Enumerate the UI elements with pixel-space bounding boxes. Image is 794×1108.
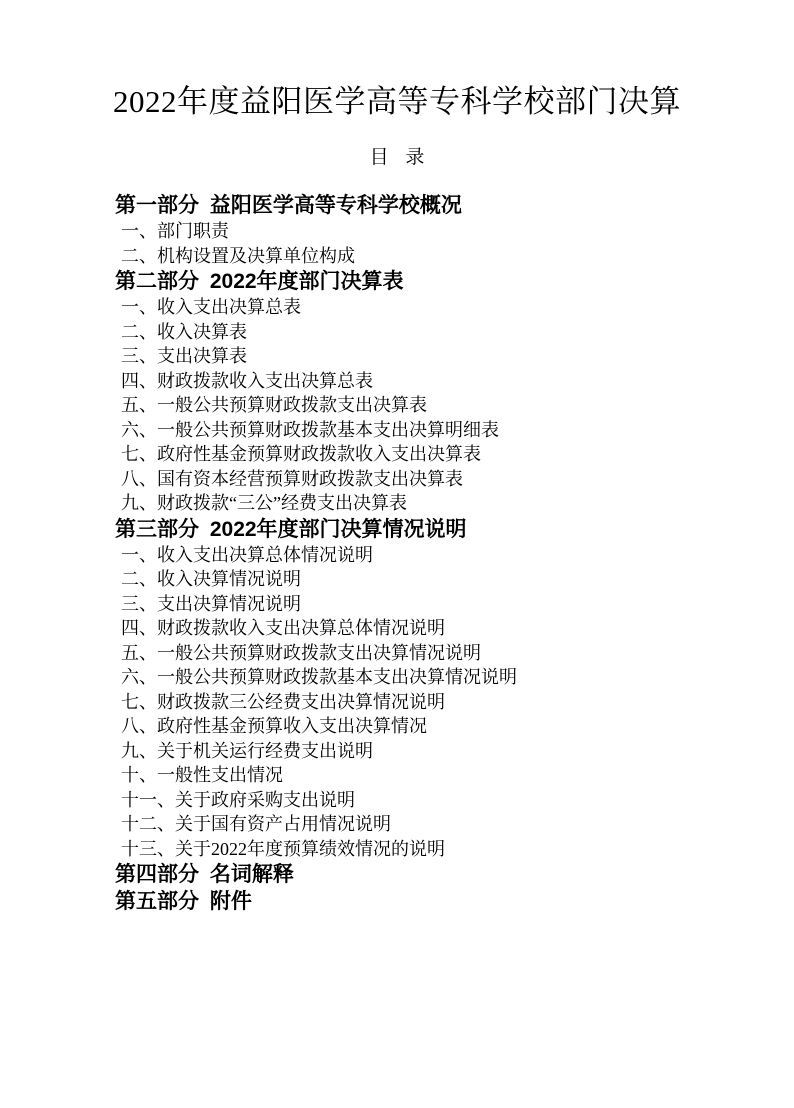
toc-item: 五、一般公共预算财政拨款支出决算情况说明	[121, 641, 794, 666]
toc-item: 九、关于机关运行经费支出说明	[121, 739, 794, 764]
toc-item: 一、部门职责	[121, 219, 794, 244]
toc-item: 十、一般性支出情况	[121, 763, 794, 788]
document-page: 2022年度益阳医学高等专科学校部门决算 目 录 第一部分 益阳医学高等专科学校…	[0, 0, 794, 1108]
toc-item: 六、一般公共预算财政拨款基本支出决算明细表	[121, 418, 794, 443]
toc-item: 五、一般公共预算财政拨款支出决算表	[121, 393, 794, 418]
toc-item: 八、国有资本经营预算财政拨款支出决算表	[121, 467, 794, 492]
toc-item: 三、支出决算表	[121, 344, 794, 369]
toc-section-heading-part2: 第二部分 2022年度部门决算表	[115, 268, 794, 295]
toc-section-heading-part3: 第三部分 2022年度部门决算情况说明	[115, 516, 794, 543]
toc-item: 七、财政拨款三公经费支出决算情况说明	[121, 690, 794, 715]
toc-item: 六、一般公共预算财政拨款基本支出决算情况说明	[121, 665, 794, 690]
toc-section-heading-part1: 第一部分 益阳医学高等专科学校概况	[115, 192, 794, 219]
toc-item: 十一、关于政府采购支出说明	[121, 788, 794, 813]
toc-heading: 目 录	[0, 146, 794, 170]
toc-item: 十二、关于国有资产占用情况说明	[121, 812, 794, 837]
toc-item: 一、收入支出决算总体情况说明	[121, 543, 794, 568]
toc-item: 二、收入决算表	[121, 320, 794, 345]
toc-item: 三、支出决算情况说明	[121, 592, 794, 617]
toc-item: 十三、关于2022年度预算绩效情况的说明	[121, 837, 794, 862]
toc-item: 二、机构设置及决算单位构成	[121, 244, 794, 269]
toc-item: 四、财政拨款收入支出决算总体情况说明	[121, 616, 794, 641]
toc-item: 四、财政拨款收入支出决算总表	[121, 369, 794, 394]
table-of-contents: 第一部分 益阳医学高等专科学校概况 一、部门职责 二、机构设置及决算单位构成 第…	[0, 192, 794, 915]
toc-item: 一、收入支出决算总表	[121, 295, 794, 320]
toc-section-heading-part4: 第四部分 名词解释	[115, 861, 794, 888]
document-title: 2022年度益阳医学高等专科学校部门决算	[0, 0, 794, 120]
toc-section-heading-part5: 第五部分 附件	[115, 888, 794, 915]
toc-item: 八、政府性基金预算收入支出决算情况	[121, 714, 794, 739]
toc-item: 七、政府性基金预算财政拨款收入支出决算表	[121, 442, 794, 467]
toc-item: 二、收入决算情况说明	[121, 567, 794, 592]
toc-item: 九、财政拨款“三公”经费支出决算表	[121, 491, 794, 516]
